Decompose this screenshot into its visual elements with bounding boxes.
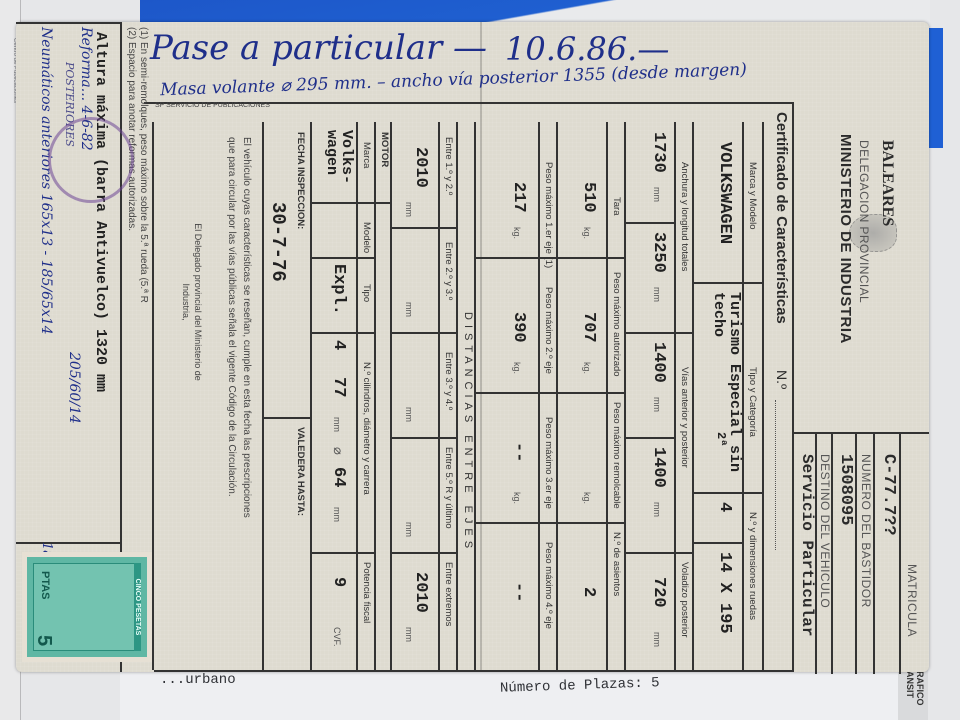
valedera-label: VALEDERA HASTA: xyxy=(295,427,306,516)
tipo-value: Turismo Especial sin techo xyxy=(710,292,742,492)
ruedas-label: N.º y dimensiones ruedas xyxy=(747,512,758,620)
vehicle-certificate-card: MINISTERIO DE INDUSTRIA DELEGACION PROVI… xyxy=(16,22,929,672)
tax-stamp-country: PTAS xyxy=(39,571,51,600)
ruedas-count: 4 xyxy=(715,502,734,512)
motor-cilindros-value: 4 xyxy=(329,340,348,350)
grid-line xyxy=(626,222,676,224)
motor-tipo-label: Tipo xyxy=(361,284,372,302)
destino-row: DESTINO DEL VEHICULO xyxy=(815,434,833,674)
unit-kg: kg. xyxy=(582,492,592,504)
grid-line xyxy=(476,522,626,524)
dist-1-2-label: Entre 1.º y 2.º xyxy=(443,137,454,195)
unit-mm: mm xyxy=(404,627,414,642)
unit-mm: mm xyxy=(652,187,662,202)
footnote-2: (2) Espacio para anotar reformas autoriz… xyxy=(125,27,137,231)
plazas-text: Número de Plazas: 5 xyxy=(500,675,660,697)
destino-label: DESTINO DEL VEHICULO xyxy=(818,454,832,608)
motor-diametro-value: 77 xyxy=(329,377,348,397)
grid-line xyxy=(674,122,676,670)
peso-max-autorizado-value: 707 xyxy=(579,312,598,343)
grid-line xyxy=(390,122,392,670)
peso-eje1-value: 217 xyxy=(509,182,528,213)
grid-line xyxy=(312,552,376,554)
asientos-label: N.º de asientos xyxy=(611,532,622,596)
motor-modelo-label: Modelo xyxy=(361,222,372,253)
voladizo-value: 720 xyxy=(649,577,668,608)
unit-mm: mm xyxy=(404,407,414,422)
bastidor-value-row: 1508095 xyxy=(831,434,857,674)
categoria-value: 2ª xyxy=(714,432,728,446)
delegation-title: DELEGACION PROVINCIAL xyxy=(857,140,871,303)
unit-mm: mm xyxy=(652,287,662,302)
bastidor-value: 1508095 xyxy=(836,454,855,525)
voladizo-label: Voladizo posterior xyxy=(679,562,690,638)
province-title: BALEARES xyxy=(878,140,896,226)
destino-value-row: Servicio Particular xyxy=(794,434,817,674)
bastidor-label: NUMERO DEL BASTIDOR xyxy=(859,454,873,608)
dist-extremos-label: Entre extremos xyxy=(443,562,454,626)
grid-line xyxy=(792,102,794,672)
unit-mm: mm xyxy=(404,202,414,217)
motor-title: MOTOR xyxy=(379,132,390,167)
grid-line xyxy=(694,282,764,284)
distancias-title: DISTANCIAS ENTRE EJES xyxy=(462,312,474,553)
peso-max-remolcable-label: Peso máximo remolcable xyxy=(611,402,622,509)
ruedas-dimensions: 14 X 195 xyxy=(715,552,734,634)
fecha-inspeccion-value: 30-7-76 xyxy=(267,202,289,282)
peso-eje2-value: 390 xyxy=(509,312,528,343)
motor-cilindros-label: N.º cilindros, diámetro y carrera xyxy=(361,362,372,495)
vehicle-certificate-wrapper: MINISTERIO DE INDUSTRIA DELEGACION PROVI… xyxy=(16,22,929,672)
motor-carrera-value: 64 xyxy=(329,467,348,487)
unit-mm: mm xyxy=(332,417,342,432)
grid-line xyxy=(556,122,558,670)
asientos-value: 2 xyxy=(579,587,598,597)
destino-value: Servicio Particular xyxy=(798,454,816,636)
dist-3-4-label: Entre 3.º y 4.º xyxy=(443,352,454,410)
motor-tipo-value: Expl. xyxy=(329,264,348,315)
grid-line xyxy=(264,417,312,419)
footnote-1: (1) En semi-remolques, peso máximo sobre… xyxy=(137,27,149,303)
motor-marca-value: Volks-wagen xyxy=(324,130,354,200)
potencia-label: Potencia fiscal xyxy=(361,562,372,623)
via-posterior-value: 1400 xyxy=(649,447,668,488)
certificate-number-line xyxy=(775,400,776,550)
publisher-mark: SP SERVICIO DE PUBLICACIONES xyxy=(155,102,270,109)
typed-reform-note: Altura máxima (barra Antivuelco) 1320 mm xyxy=(92,32,109,392)
grid-line xyxy=(694,542,744,544)
grid-line xyxy=(356,122,358,670)
grid-line xyxy=(456,122,458,670)
dist-2-3-label: Entre 2.º y 3.º xyxy=(443,242,454,300)
motor-marca-label: Marca xyxy=(361,142,372,168)
official-stamp-icon xyxy=(48,117,134,203)
grid-line xyxy=(374,122,376,670)
peso-eje4-label: Peso máximo 4.º eje xyxy=(543,542,554,629)
tax-stamp-value: 5 xyxy=(32,635,55,646)
grid-line xyxy=(474,122,476,670)
anchura-value: 1730 xyxy=(649,132,668,173)
grid-line xyxy=(438,122,440,670)
certificate-number-label: N.º xyxy=(774,370,790,389)
grid-line xyxy=(476,392,626,394)
peso-eje3-value: -- xyxy=(509,442,528,462)
vias-label: Vías anterior y posterior xyxy=(679,367,690,468)
matricula-value-row: C-77.7?? xyxy=(873,434,901,674)
tipo-categoria-label: Tipo y Categoría xyxy=(747,367,758,437)
tax-stamp-band: CINCO PESETAS xyxy=(134,563,141,651)
grid-line xyxy=(310,122,312,670)
matricula-label: MATRICULA xyxy=(905,564,919,637)
registration-block: MATRICULA C-77.7?? NUMERO DEL BASTIDOR 1… xyxy=(794,432,929,674)
via-anterior-value: 1400 xyxy=(649,342,668,383)
handwritten-tire-code: 205/60/14 xyxy=(66,352,82,424)
unit-mm: mm xyxy=(332,507,342,522)
grid-line xyxy=(152,122,154,670)
peso-max-autorizado-label: Peso máximo autorizado xyxy=(611,272,622,377)
grid-line xyxy=(392,552,458,554)
unit-mm: mm xyxy=(652,502,662,517)
grid-line xyxy=(692,122,694,670)
dist-1-2-value: 2010 xyxy=(411,147,430,188)
grid-line xyxy=(392,332,458,334)
bottom-left-text: ...urbano xyxy=(160,672,236,688)
peso-eje3-label: Peso máximo 3.er eje xyxy=(543,417,554,509)
grid-line xyxy=(606,122,608,670)
fecha-inspeccion-label: FECHA INSPECCION: xyxy=(295,132,306,229)
grid-line xyxy=(626,437,676,439)
peso-eje4-value: -- xyxy=(509,582,528,602)
anchura-longitud-label: Anchura y longitud totales xyxy=(679,162,690,271)
tara-value: 510 xyxy=(579,182,598,213)
header: MINISTERIO DE INDUSTRIA DELEGACION PROVI… xyxy=(794,22,929,672)
tara-label: Tara xyxy=(611,197,622,215)
handwritten-tire-note: Neumáticos anteriores 165x13 - 185/65x14 xyxy=(38,27,54,335)
grid-line xyxy=(262,122,264,670)
marca-modelo-label: Marca y Modelo xyxy=(747,162,758,230)
potencia-value: 9 xyxy=(329,577,348,587)
grid-line xyxy=(694,492,764,494)
bottom-background-sheet: ...urbano Número de Plazas: 5 xyxy=(120,670,920,720)
legal-text: El vehículo cuyas características se res… xyxy=(224,137,254,537)
grid-line xyxy=(312,202,392,204)
matricula-row: MATRICULA xyxy=(899,434,929,674)
unit-kg: kg. xyxy=(512,227,522,239)
unit-mm: mm xyxy=(652,632,662,647)
grid-line xyxy=(16,542,122,544)
certificate-title: Certificado de Características xyxy=(773,112,790,324)
unit-kg: kg. xyxy=(512,362,522,374)
peso-eje1-label: Peso máximo 1.er eje (1) xyxy=(543,162,554,268)
ministry-title: MINISTERIO DE INDUSTRIA xyxy=(837,134,854,344)
unit-kg: kg. xyxy=(582,227,592,239)
longitud-value: 3250 xyxy=(649,232,668,273)
bastidor-row: NUMERO DEL BASTIDOR xyxy=(855,434,875,674)
dist-5r-label: Entre 5.º R y último xyxy=(443,447,454,529)
grid-line xyxy=(312,257,376,259)
potencia-unit: CVF. xyxy=(332,627,342,647)
grid-line xyxy=(624,122,626,670)
grid-line xyxy=(538,122,540,670)
tax-stamp: CINCO PESETAS PTAS 5 xyxy=(22,552,152,662)
grid-line xyxy=(762,122,764,670)
unit-kg: kg. xyxy=(582,362,592,374)
marca-modelo-value: VOLKSWAGEN xyxy=(715,142,734,244)
signatory-text: El Delegado provincial del Ministerio de… xyxy=(180,217,204,387)
unit-mm: mm xyxy=(404,302,414,317)
dist-extremos-value: 2010 xyxy=(411,572,430,613)
characteristics-grid: Certificado de Características N.º Marca… xyxy=(16,22,794,672)
grid-line xyxy=(16,22,122,24)
grid-line xyxy=(626,552,694,554)
grid-line xyxy=(312,332,376,334)
peso-eje2-label: Peso máximo 2.º eje xyxy=(543,287,554,374)
matricula-value: C-77.7?? xyxy=(879,454,898,536)
unit-kg: kg. xyxy=(512,492,522,504)
diameter-icon: ⌀ xyxy=(330,447,346,455)
grid-line xyxy=(392,227,458,229)
grid-line xyxy=(626,332,694,334)
grid-line xyxy=(392,437,458,439)
handwritten-pase-particular: Pase a particular — xyxy=(150,28,487,68)
grid-line xyxy=(154,670,794,672)
side-tag: RAFICO ANSIT xyxy=(898,668,928,720)
unit-mm: mm xyxy=(652,397,662,412)
unit-mm: mm xyxy=(404,522,414,537)
